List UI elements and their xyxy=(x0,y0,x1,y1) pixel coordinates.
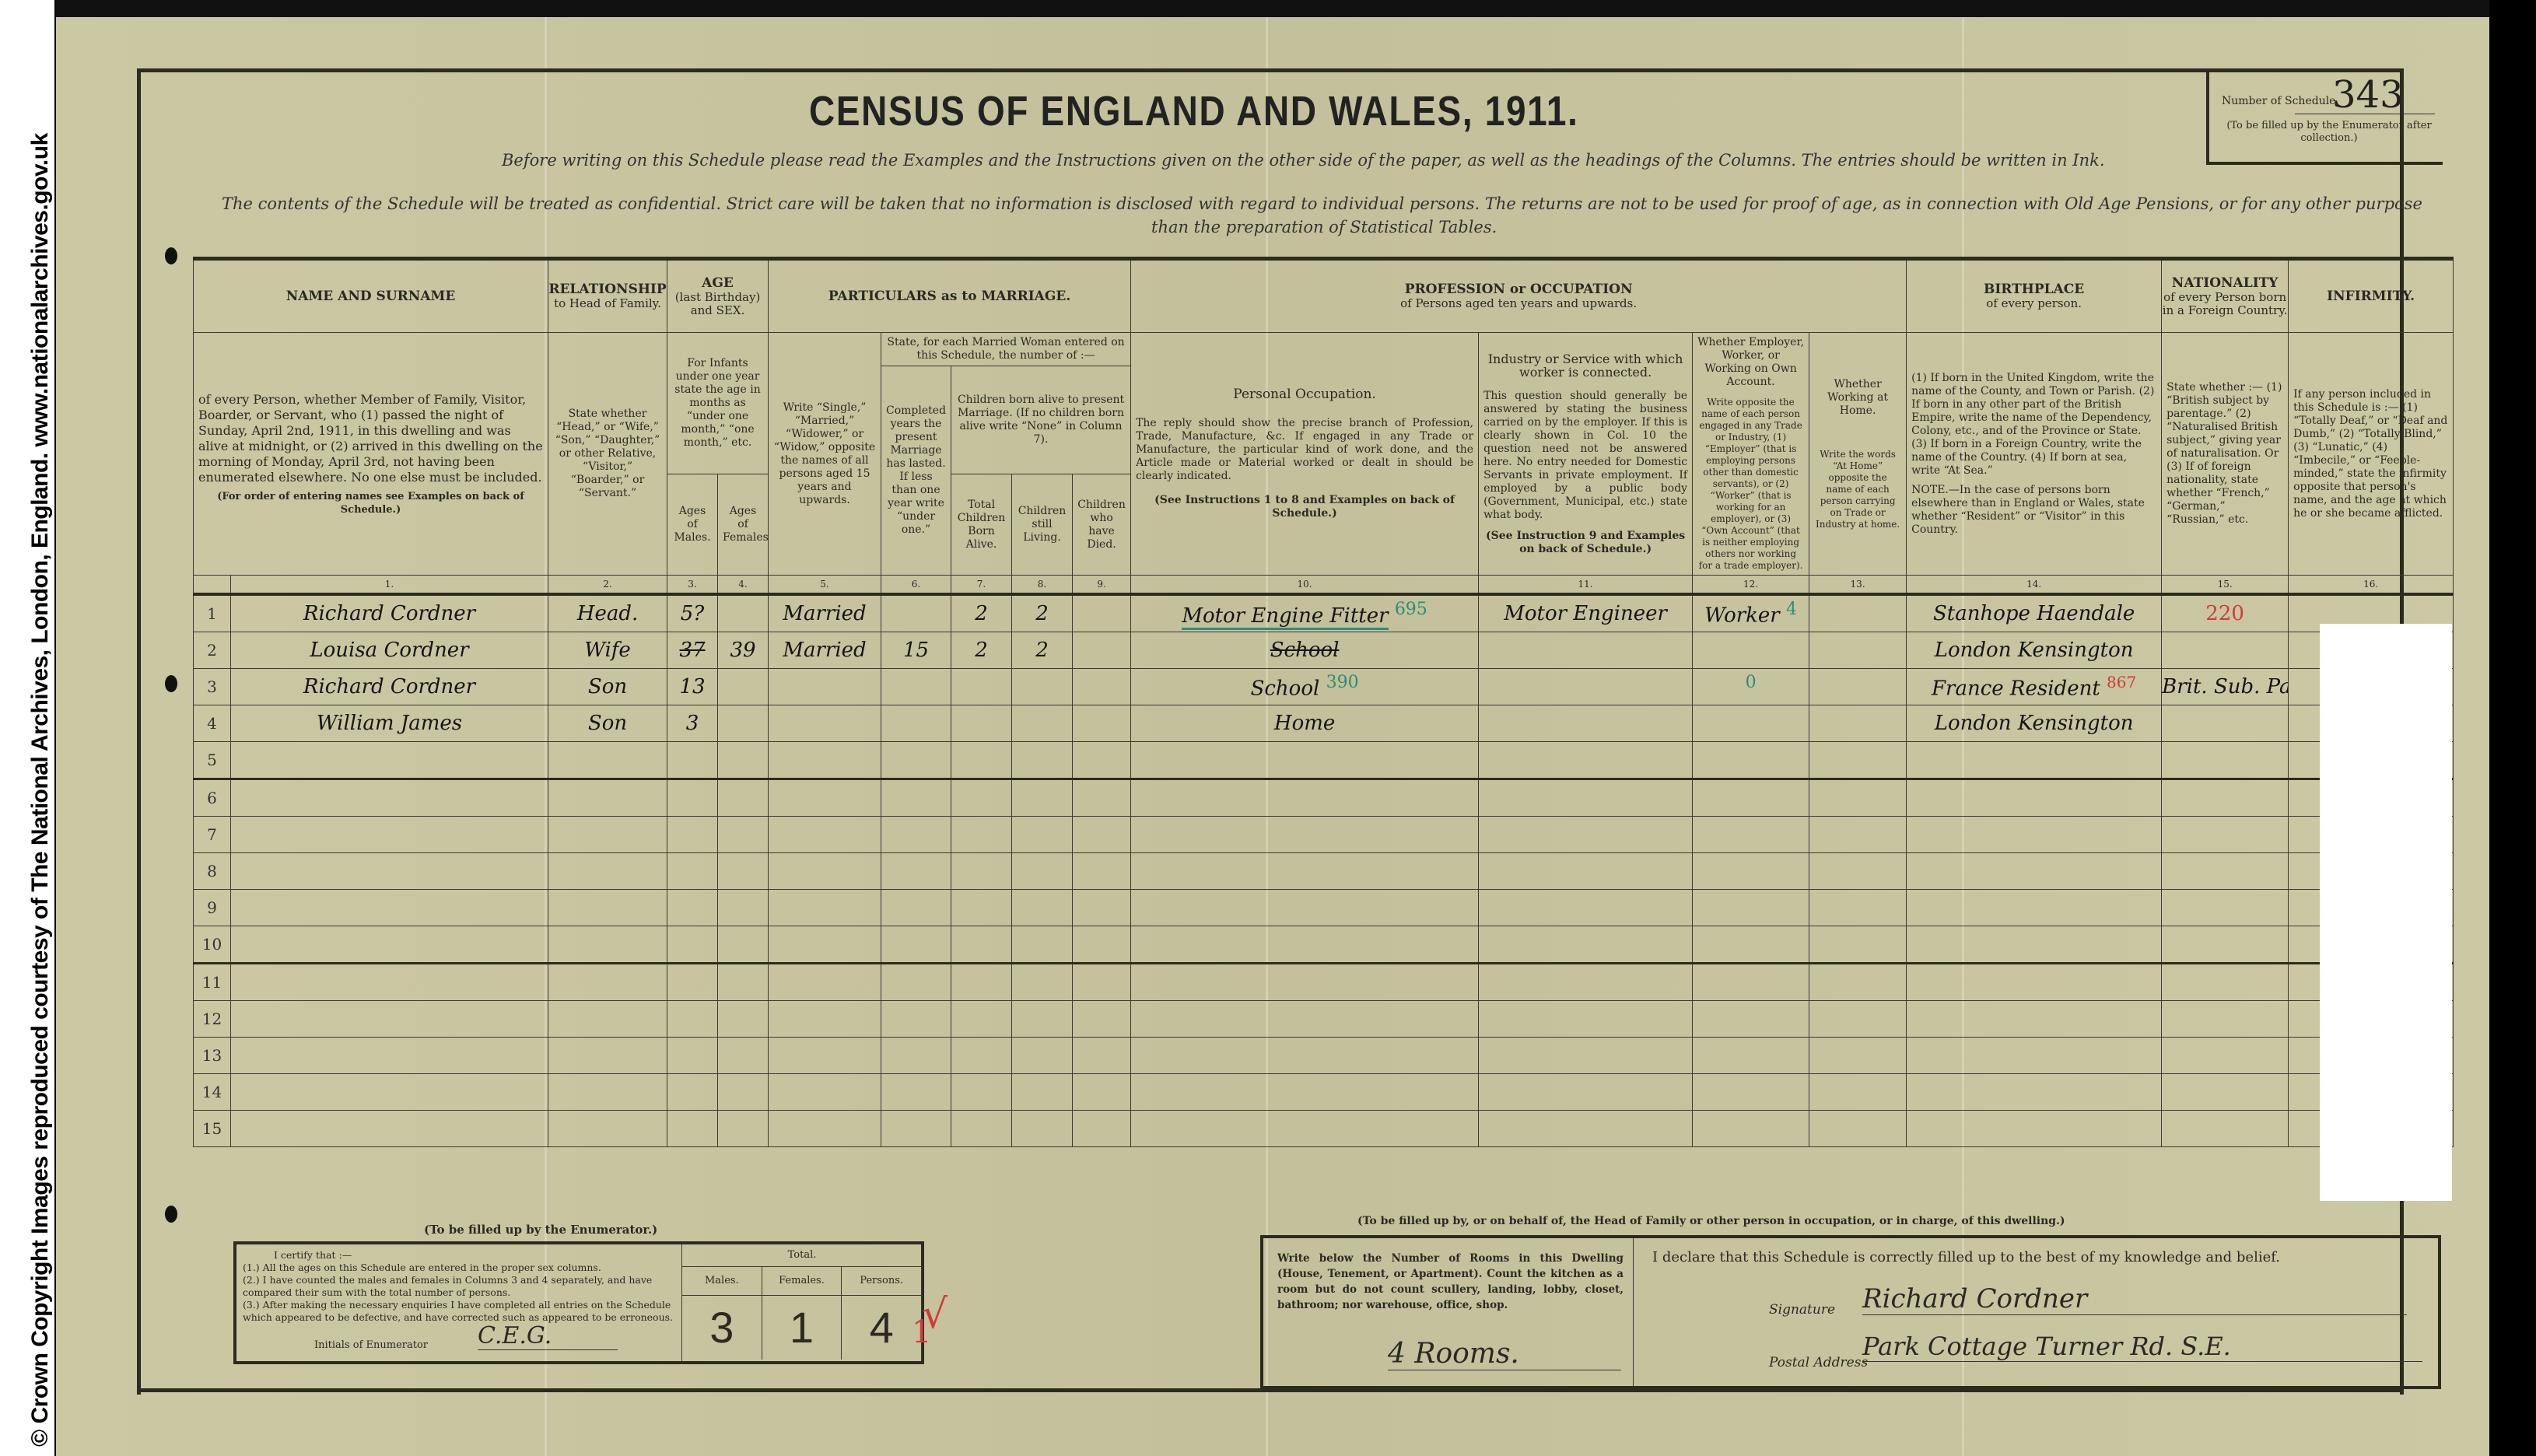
relationship-cell xyxy=(548,1038,667,1074)
employer-status-cell xyxy=(1693,926,1809,964)
col-infirmity-instructions: If any person included in this Schedule … xyxy=(2289,333,2454,576)
name-cell xyxy=(231,1038,548,1074)
name-cell xyxy=(231,1111,548,1147)
totals-heading: Total. xyxy=(682,1244,922,1267)
rooms-value: 4 Rooms. xyxy=(1388,1338,1621,1370)
col-relationship-heading: RELATIONSHIPto Head of Family. xyxy=(548,259,667,333)
relationship-cell: Son xyxy=(548,705,667,742)
age-males-cell: 3 xyxy=(667,705,718,742)
working-at-home-cell xyxy=(1809,669,1907,705)
birthplace-cell xyxy=(1907,1111,2162,1147)
birthplace-cell: Stanhope Haendale xyxy=(1907,594,2162,632)
industry-cell xyxy=(1479,817,1693,853)
industry-cell xyxy=(1479,890,1693,926)
nationality-cell xyxy=(2162,964,2289,1001)
rooms-section: Write below the Number of Rooms in this … xyxy=(1263,1238,1634,1386)
relationship-cell xyxy=(548,890,667,926)
confidential-note: The contents of the Schedule will be tre… xyxy=(222,194,2422,213)
name-cell xyxy=(231,1001,548,1038)
years-married-cell xyxy=(881,1001,951,1038)
col-nationality-heading: NATIONALITYof every Person born in a For… xyxy=(2162,259,2289,333)
industry-cell xyxy=(1479,669,1693,705)
children-died-cell xyxy=(1073,1074,1131,1111)
age-males-cell: 37 xyxy=(667,632,718,669)
row-number: 8 xyxy=(194,853,231,890)
totals-females-value: 1 xyxy=(762,1296,842,1360)
occupation-cell: Home xyxy=(1131,705,1479,742)
col-nationality-instructions: State whether :— (1) “British subject by… xyxy=(2162,333,2289,576)
age-males-cell xyxy=(667,1038,718,1074)
relationship-cell xyxy=(548,926,667,964)
children-living-cell xyxy=(1012,1001,1073,1038)
before-writing-note: Before writing on this Schedule please r… xyxy=(502,151,2105,170)
working-at-home-cell xyxy=(1809,964,1907,1001)
birthplace-cell xyxy=(1907,1001,2162,1038)
occupation-cell xyxy=(1131,1001,1479,1038)
age-females-cell xyxy=(718,853,769,890)
birthplace-cell xyxy=(1907,964,2162,1001)
row-number: 14 xyxy=(194,1074,231,1111)
totals-females-label: Females. xyxy=(762,1267,842,1295)
enumerator-caption: (To be filled up by the Enumerator.) xyxy=(424,1223,657,1237)
signature-label: Signature xyxy=(1769,1302,1835,1318)
children-living-cell xyxy=(1012,964,1073,1001)
col-occupation-heading: PROFESSION or OCCUPATIONof Persons aged … xyxy=(1131,259,1907,333)
table-row: 9 xyxy=(194,890,2454,926)
employer-status-cell: 0 xyxy=(1693,669,1809,705)
years-married-cell xyxy=(881,1074,951,1111)
children-born-cell xyxy=(951,926,1012,964)
age-males-cell xyxy=(667,779,718,817)
table-row: 14 xyxy=(194,1074,2454,1111)
col-birthplace-heading: BIRTHPLACEof every person. xyxy=(1907,259,2162,333)
declaration: I declare that this Schedule is correctl… xyxy=(1652,1249,2280,1265)
name-cell: Richard Cordner xyxy=(231,594,548,632)
confidential-note-cont: than the preparation of Statistical Tabl… xyxy=(1151,218,1497,236)
age-females-cell xyxy=(718,1001,769,1038)
row-number: 1 xyxy=(194,594,231,632)
table-row: 3Richard CordnerSon13School 390 0France … xyxy=(194,669,2454,705)
table-row: 2Louisa CordnerWife3739Married1522School… xyxy=(194,632,2454,669)
form-bottom-rule xyxy=(137,1388,2401,1392)
working-at-home-cell xyxy=(1809,890,1907,926)
employer-status-cell xyxy=(1693,1001,1809,1038)
industry-cell xyxy=(1479,964,1693,1001)
occupation-cell xyxy=(1131,926,1479,964)
birthplace-cell xyxy=(1907,890,2162,926)
children-living-cell xyxy=(1012,742,1073,779)
children-died-cell xyxy=(1073,926,1131,964)
children-died-cell xyxy=(1073,669,1131,705)
industry-cell xyxy=(1479,1001,1693,1038)
industry-cell xyxy=(1479,742,1693,779)
occupation-cell: School xyxy=(1131,632,1479,669)
relationship-cell xyxy=(548,1111,667,1147)
condition-cell xyxy=(769,742,881,779)
col-industry: Industry or Service with which worker is… xyxy=(1479,333,1693,576)
industry-cell: Motor Engineer xyxy=(1479,594,1693,632)
birthplace-cell xyxy=(1907,926,2162,964)
children-born-cell xyxy=(951,817,1012,853)
employer-status-cell xyxy=(1693,964,1809,1001)
row-number: 4 xyxy=(194,705,231,742)
col-infirmity-heading: INFIRMITY. xyxy=(2289,259,2454,333)
col-age-females: Ages of Females. xyxy=(718,474,769,576)
employer-status-cell xyxy=(1693,1074,1809,1111)
children-living-cell: 2 xyxy=(1012,632,1073,669)
children-born-cell xyxy=(951,890,1012,926)
col-years-married: Completed years the present Marriage has… xyxy=(881,366,951,576)
years-married-cell xyxy=(881,779,951,817)
children-born-cell: 2 xyxy=(951,632,1012,669)
birthplace-code: 867 xyxy=(2107,673,2136,691)
name-cell xyxy=(231,817,548,853)
age-females-cell: 39 xyxy=(718,632,769,669)
birthplace-cell: France Resident 867 xyxy=(1907,669,2162,705)
row-number: 5 xyxy=(194,742,231,779)
age-males-cell xyxy=(667,964,718,1001)
col-died: Children who have Died. xyxy=(1073,474,1131,576)
children-living-cell xyxy=(1012,1038,1073,1074)
col-employer-status: Whether Employer, Worker, or Working on … xyxy=(1693,333,1809,576)
occupation-cell: Motor Engine Fitter 695 xyxy=(1131,594,1479,632)
condition-cell xyxy=(769,853,881,890)
working-at-home-cell xyxy=(1809,1038,1907,1074)
row-number: 11 xyxy=(194,964,231,1001)
row-number: 7 xyxy=(194,817,231,853)
nationality-cell xyxy=(2162,853,2289,890)
age-males-cell xyxy=(667,742,718,779)
row-number: 13 xyxy=(194,1038,231,1074)
children-died-cell xyxy=(1073,1038,1131,1074)
col-birthplace-instructions: (1) If born in the United Kingdom, write… xyxy=(1907,333,2162,576)
nationality-cell xyxy=(2162,817,2289,853)
condition-cell xyxy=(769,669,881,705)
row-number: 6 xyxy=(194,779,231,817)
age-females-cell xyxy=(718,705,769,742)
children-living-cell xyxy=(1012,1111,1073,1147)
enumerator-certification: I certify that :— (1.) All the ages on t… xyxy=(243,1249,678,1324)
age-males-cell xyxy=(667,1111,718,1147)
table-row: 4William JamesSon3HomeLondon Kensington xyxy=(194,705,2454,742)
occupation-cell xyxy=(1131,890,1479,926)
working-at-home-cell xyxy=(1809,1074,1907,1111)
name-cell xyxy=(231,1074,548,1111)
nationality-cell xyxy=(2162,742,2289,779)
name-cell xyxy=(231,853,548,890)
age-females-cell xyxy=(718,926,769,964)
relationship-cell xyxy=(548,779,667,817)
head-of-family-caption: (To be filled up by, or on behalf of, th… xyxy=(1357,1215,2065,1227)
children-living-cell xyxy=(1012,779,1073,817)
col-working-at-home: Whether Working at Home. Write the words… xyxy=(1809,333,1907,576)
relationship-cell xyxy=(548,853,667,890)
birthplace-cell: London Kensington xyxy=(1907,632,2162,669)
condition-cell xyxy=(769,1001,881,1038)
redaction-box xyxy=(2320,624,2452,1201)
name-cell xyxy=(231,890,548,926)
schedule-number-note: (To be filled up by the Enumerator after… xyxy=(2220,120,2438,145)
working-at-home-cell xyxy=(1809,853,1907,890)
children-living-cell xyxy=(1012,705,1073,742)
children-born-cell xyxy=(951,1001,1012,1038)
children-died-cell xyxy=(1073,594,1131,632)
working-at-home-cell xyxy=(1809,594,1907,632)
relationship-cell xyxy=(548,817,667,853)
head-of-family-box: Write below the Number of Rooms in this … xyxy=(1260,1235,2441,1389)
table-row: 8 xyxy=(194,853,2454,890)
signature-value: Richard Cordner xyxy=(1862,1283,2407,1315)
age-females-cell xyxy=(718,742,769,779)
schedule-number-label: Number of Schedule xyxy=(2222,95,2335,107)
totals-males-label: Males. xyxy=(682,1267,762,1295)
occupation-cell xyxy=(1131,1038,1479,1074)
children-died-cell xyxy=(1073,853,1131,890)
col-marriage-heading: PARTICULARS as to MARRIAGE. xyxy=(769,259,1131,333)
nationality-cell xyxy=(2162,632,2289,669)
col-condition-instructions: Write “Single,” “Married,” “Widower,” or… xyxy=(769,333,881,576)
name-cell xyxy=(231,926,548,964)
birthplace-cell xyxy=(1907,817,2162,853)
row-number: 10 xyxy=(194,926,231,964)
row-number: 2 xyxy=(194,632,231,669)
children-living-cell xyxy=(1012,890,1073,926)
address-value: Park Cottage Turner Rd. S.E. xyxy=(1862,1332,2422,1362)
relationship-cell xyxy=(548,1001,667,1038)
condition-cell: Married xyxy=(769,594,881,632)
children-born-cell xyxy=(951,705,1012,742)
relationship-cell xyxy=(548,1074,667,1111)
col-age-males: Ages of Males. xyxy=(667,474,718,576)
totals-males-value: 3 xyxy=(682,1296,762,1360)
nationality-cell xyxy=(2162,779,2289,817)
occupation-code: 390 xyxy=(1326,673,1359,692)
row-number: 3 xyxy=(194,669,231,705)
age-males-cell: 5? xyxy=(667,594,718,632)
totals-persons-label: Persons. xyxy=(842,1267,922,1295)
children-born-cell xyxy=(951,1074,1012,1111)
children-died-cell xyxy=(1073,964,1131,1001)
children-living-cell xyxy=(1012,817,1073,853)
occupation-cell xyxy=(1131,1074,1479,1111)
condition-cell xyxy=(769,779,881,817)
occupation-cell xyxy=(1131,817,1479,853)
industry-cell xyxy=(1479,853,1693,890)
copyright-strip: © Crown Copyright Images reproduced cour… xyxy=(0,0,54,1456)
row-number: 15 xyxy=(194,1111,231,1147)
row-number: 12 xyxy=(194,1001,231,1038)
years-married-cell xyxy=(881,926,951,964)
table-row: 1Richard CordnerHead.5?Married22Motor En… xyxy=(194,594,2454,632)
years-married-cell xyxy=(881,853,951,890)
col-name-heading: NAME AND SURNAME xyxy=(194,259,548,333)
employer-status-cell xyxy=(1693,890,1809,926)
condition-cell xyxy=(769,1111,881,1147)
children-died-cell xyxy=(1073,817,1131,853)
age-males-cell xyxy=(667,1074,718,1111)
schedule-number-box: Number of Schedule 343 (To be filled up … xyxy=(2206,68,2443,165)
col-name-instructions: of every Person, whether Member of Famil… xyxy=(194,333,548,576)
age-males-cell xyxy=(667,926,718,964)
children-living-cell xyxy=(1012,669,1073,705)
age-males-cell xyxy=(667,890,718,926)
children-died-cell xyxy=(1073,779,1131,817)
condition-cell xyxy=(769,926,881,964)
occupation-cell xyxy=(1131,779,1479,817)
employer-status-cell xyxy=(1693,1111,1809,1147)
industry-cell xyxy=(1479,1038,1693,1074)
working-at-home-cell xyxy=(1809,742,1907,779)
occupation-cell xyxy=(1131,1111,1479,1147)
working-at-home-cell xyxy=(1809,632,1907,669)
employer-status-cell xyxy=(1693,742,1809,779)
condition-cell xyxy=(769,1074,881,1111)
employer-status-cell xyxy=(1693,1038,1809,1074)
nationality-cell xyxy=(2162,1111,2289,1147)
children-born-cell xyxy=(951,1038,1012,1074)
relationship-cell: Wife xyxy=(548,632,667,669)
children-died-cell xyxy=(1073,742,1131,779)
years-married-cell xyxy=(881,594,951,632)
rooms-instructions: Write below the Number of Rooms in this … xyxy=(1277,1251,1624,1313)
relationship-cell xyxy=(548,742,667,779)
children-died-cell xyxy=(1073,890,1131,926)
age-females-cell xyxy=(718,1038,769,1074)
condition-cell xyxy=(769,705,881,742)
children-living-cell xyxy=(1012,853,1073,890)
birthplace-cell xyxy=(1907,779,2162,817)
occupation-cell xyxy=(1131,742,1479,779)
name-cell xyxy=(231,964,548,1001)
nationality-cell xyxy=(2162,1038,2289,1074)
employer-status-cell: Worker 4 xyxy=(1693,594,1809,632)
census-table: NAME AND SURNAME RELATIONSHIPto Head of … xyxy=(193,257,2454,1147)
col-age-instructions: For Infants under one year state the age… xyxy=(667,333,769,474)
table-row: 15 xyxy=(194,1111,2454,1147)
nationality-cell: Brit. Sub. Par. xyxy=(2162,669,2289,705)
name-cell: William James xyxy=(231,705,548,742)
age-males-cell xyxy=(667,817,718,853)
col-age-heading: AGE(last Birthday) and SEX. xyxy=(667,259,769,333)
age-females-cell xyxy=(718,1074,769,1111)
years-married-cell xyxy=(881,890,951,926)
relationship-cell: Son xyxy=(548,669,667,705)
years-married-cell xyxy=(881,964,951,1001)
occupation-cell: School 390 xyxy=(1131,669,1479,705)
name-cell xyxy=(231,779,548,817)
col-married-woman-instructions: State, for each Married Woman entered on… xyxy=(881,333,1131,366)
occupation-code: 695 xyxy=(1395,600,1427,619)
schedule-number-value: 343 xyxy=(2332,73,2404,117)
employer-code: 0 xyxy=(1746,673,1757,692)
employer-status-cell xyxy=(1693,632,1809,669)
table-row: 13 xyxy=(194,1038,2454,1074)
working-at-home-cell xyxy=(1809,1001,1907,1038)
children-died-cell xyxy=(1073,1001,1131,1038)
col-personal-occupation: Personal Occupation. The reply should sh… xyxy=(1131,333,1479,576)
nationality-cell xyxy=(2162,890,2289,926)
nationality-cell xyxy=(2162,705,2289,742)
employer-code: 4 xyxy=(1786,600,1797,619)
condition-cell xyxy=(769,817,881,853)
children-born-cell xyxy=(951,779,1012,817)
age-females-cell xyxy=(718,964,769,1001)
working-at-home-cell xyxy=(1809,1111,1907,1147)
table-row: 6 xyxy=(194,779,2454,817)
column-number-row: 1. 2. 3. 4. 5. 6. 7. 8. 9. 10. 11. 12. 1… xyxy=(194,576,2454,595)
age-males-cell xyxy=(667,1001,718,1038)
col-still-living: Children still Living. xyxy=(1012,474,1073,576)
children-died-cell xyxy=(1073,632,1131,669)
enumerator-initials: Initials of Enumerator C.E.G. xyxy=(314,1339,428,1351)
employer-status-cell xyxy=(1693,817,1809,853)
age-females-cell xyxy=(718,817,769,853)
nationality-cell xyxy=(2162,1074,2289,1111)
nationality-cell xyxy=(2162,1001,2289,1038)
table-row: 10 xyxy=(194,926,2454,964)
nationality-cell: 220 xyxy=(2162,594,2289,632)
address-label: Postal Address xyxy=(1769,1355,1868,1370)
industry-cell xyxy=(1479,705,1693,742)
children-living-cell xyxy=(1012,1074,1073,1111)
relationship-cell: Head. xyxy=(548,594,667,632)
employer-status-cell xyxy=(1693,705,1809,742)
years-married-cell xyxy=(881,669,951,705)
working-at-home-cell xyxy=(1809,705,1907,742)
industry-cell xyxy=(1479,779,1693,817)
condition-cell xyxy=(769,890,881,926)
employer-status-cell xyxy=(1693,779,1809,817)
children-born-cell xyxy=(951,742,1012,779)
years-married-cell xyxy=(881,742,951,779)
page-title: CENSUS OF ENGLAND AND WALES, 1911. xyxy=(809,87,1579,135)
industry-cell xyxy=(1479,632,1693,669)
years-married-cell xyxy=(881,1111,951,1147)
table-row: 12 xyxy=(194,1001,2454,1038)
table-row: 7 xyxy=(194,817,2454,853)
children-living-cell: 2 xyxy=(1012,594,1073,632)
children-died-cell xyxy=(1073,705,1131,742)
name-cell: Richard Cordner xyxy=(231,669,548,705)
age-males-cell: 13 xyxy=(667,669,718,705)
children-died-cell xyxy=(1073,1111,1131,1147)
enumerator-initials-value: C.E.G. xyxy=(478,1322,618,1350)
copyright-text: © Crown Copyright Images reproduced cour… xyxy=(27,133,54,1447)
birthplace-cell xyxy=(1907,742,2162,779)
condition-cell: Married xyxy=(769,632,881,669)
table-row: 11 xyxy=(194,964,2454,1001)
working-at-home-cell xyxy=(1809,817,1907,853)
birthplace-cell: London Kensington xyxy=(1907,705,2162,742)
table-row: 5 xyxy=(194,742,2454,779)
totals-table: Total. Males. Females. Persons. 3 1 4 xyxy=(681,1244,922,1361)
birthplace-cell xyxy=(1907,1038,2162,1074)
working-at-home-cell xyxy=(1809,779,1907,817)
children-born-cell xyxy=(951,853,1012,890)
occupation-cell xyxy=(1131,964,1479,1001)
industry-cell xyxy=(1479,1111,1693,1147)
name-cell xyxy=(231,742,548,779)
relationship-cell xyxy=(548,964,667,1001)
employer-status-cell xyxy=(1693,853,1809,890)
children-born-cell xyxy=(951,1111,1012,1147)
age-females-cell xyxy=(718,779,769,817)
years-married-cell: 15 xyxy=(881,632,951,669)
industry-cell xyxy=(1479,1074,1693,1111)
row-number: 9 xyxy=(194,890,231,926)
nationality-cell xyxy=(2162,926,2289,964)
totals-persons-value: 4 xyxy=(842,1296,922,1360)
